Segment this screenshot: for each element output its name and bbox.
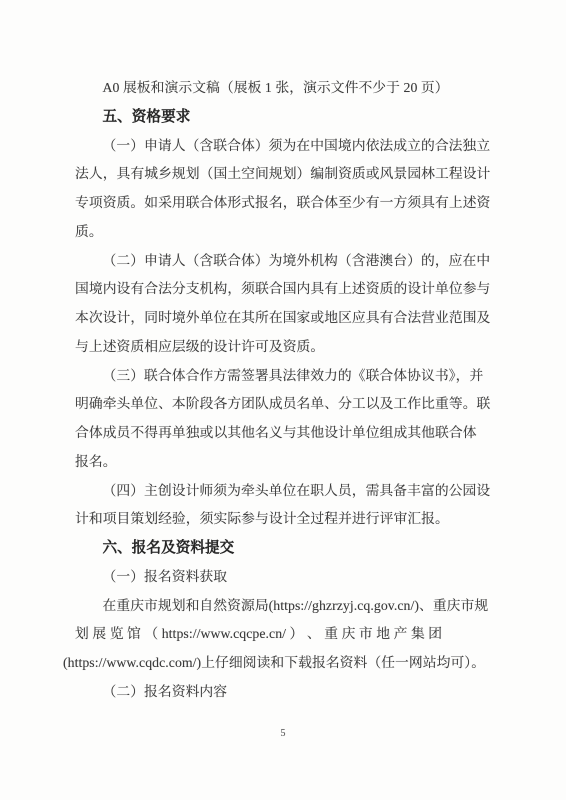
para-5-4-line-2: 计和项目策划经验，须实际参与设计全过程并进行评审汇报。 [75,505,493,534]
section-6-2-subheading: （二）报名资料内容 [75,678,493,707]
page-number: 5 [0,728,566,739]
para-6-1-line-3: (https://www.cqdc.com/)上仔细阅读和下载报名资料（任一网站… [63,649,493,678]
para-6-1-line-1: 在重庆市规划和自然资源局(https://ghzrzyj.cq.gov.cn/)… [75,592,493,621]
para-5-1-line-3: 专项资质。如采用联合体形式报名，联合体至少有一方须具有上述资 [75,189,493,218]
deliverables-line: A0 展板和演示文稿（展板 1 张，演示文件不少于 20 页） [75,74,493,103]
para-5-2-line-2: 国境内设有合法分支机构，须联合国内具有上述资质的设计单位参与 [75,275,493,304]
para-5-3-line-3: 合体成员不得再单独或以其他名义与其他设计单位组成其他联合体 [75,419,493,448]
section-6-1-subheading: （一）报名资料获取 [75,563,493,592]
section-5-heading: 五、资格要求 [75,103,493,132]
para-5-4-line-1: （四）主创设计师须为牵头单位在职人员，需具备丰富的公园设 [75,477,493,506]
scanned-document-page: A0 展板和演示文稿（展板 1 张，演示文件不少于 20 页） 五、资格要求 （… [0,0,566,800]
section-6-heading: 六、报名及资料提交 [75,534,493,563]
para-5-2-line-4: 与上述资质相应层级的设计许可及资质。 [75,333,493,362]
para-5-3-line-2: 明确牵头单位、本阶段各方团队成员名单、分工以及工作比重等。联 [75,390,493,419]
para-5-1-line-2: 法人，具有城乡规划（国土空间规划）编制资质或风景园林工程设计 [75,160,493,189]
para-5-2-line-3: 本次设计，同时境外单位在其所在国家或地区应具有合法营业范围及 [75,304,493,333]
para-6-1-line-2: 划 展 览 馆 （ https://www.cqcpe.cn/ ） 、 重 庆 … [75,620,493,649]
para-5-1-line-4: 质。 [75,218,493,247]
para-5-2-line-1: （二）申请人（含联合体）为境外机构（含港澳台）的，应在中 [75,247,493,276]
para-5-1-line-1: （一）申请人（含联合体）须为在中国境内依法成立的合法独立 [75,132,493,161]
document-body: A0 展板和演示文稿（展板 1 张，演示文件不少于 20 页） 五、资格要求 （… [75,74,493,707]
para-5-3-line-4: 报名。 [75,448,493,477]
para-5-3-line-1: （三）联合体合作方需签署具法律效力的《联合体协议书》，并 [75,362,493,391]
